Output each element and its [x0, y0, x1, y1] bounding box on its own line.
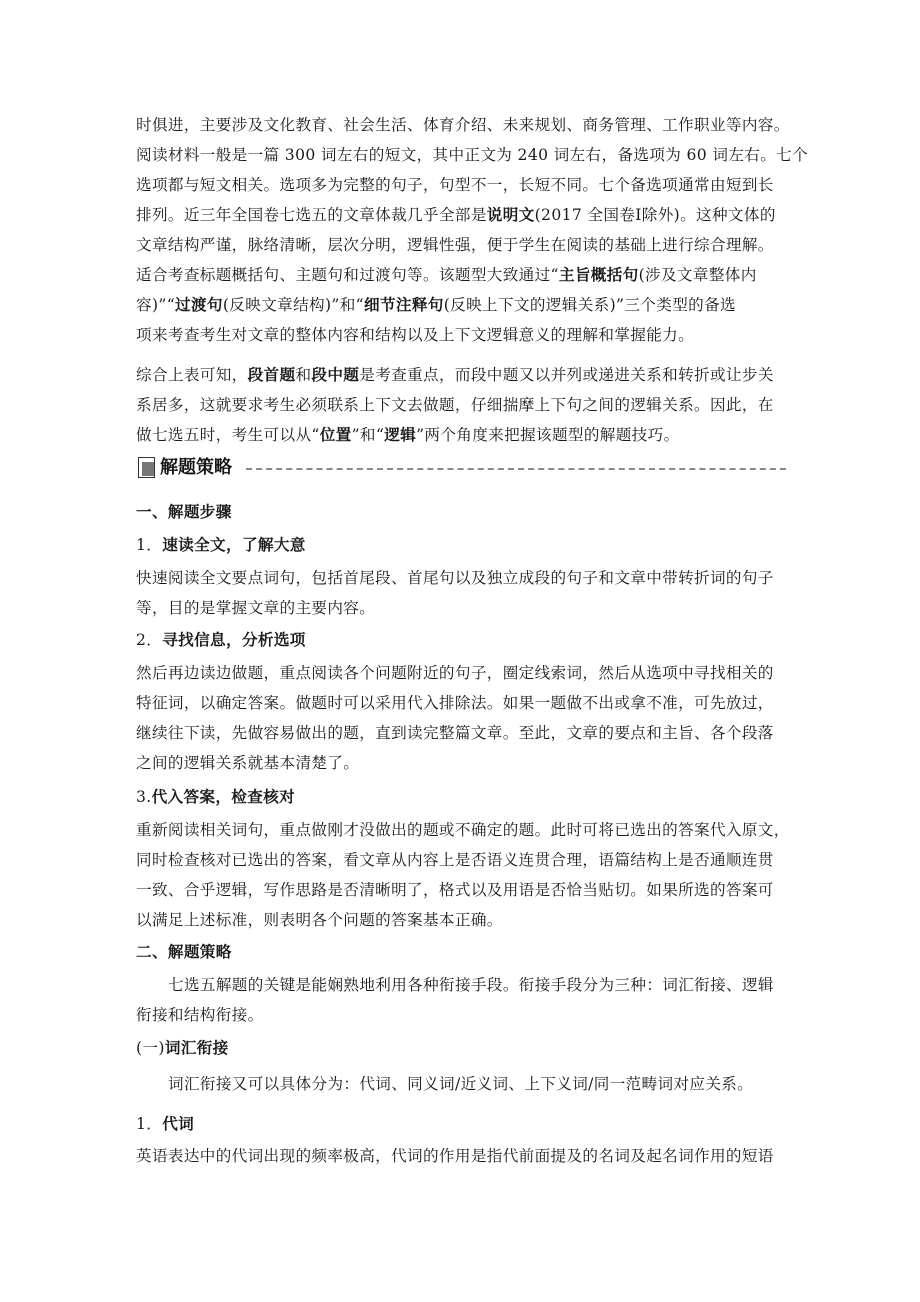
text: 适合考查标题概括句、主题句和过渡句等。该题型大致通过“	[136, 266, 559, 284]
section-header: 解题策略	[136, 456, 788, 482]
intro-line: 适合考查标题概括句、主题句和过渡句等。该题型大致通过“主旨概括句(涉及文章整体内	[136, 265, 788, 285]
item-number: 1．	[136, 1115, 162, 1133]
emphasis-term: 主旨概括句	[559, 266, 639, 284]
part-heading: 一、解题步骤	[136, 502, 788, 522]
text: (反映上下文的逻辑关系)”三个类型的备选	[444, 296, 736, 314]
body-line: 英语表达中的代词出现的频率极高，代词的作用是指代前面提及的名词及起名词作用的短语	[136, 1146, 788, 1166]
step-number: 3.	[136, 788, 152, 806]
body-line: 一致、合乎逻辑，写作思路是否清晰明了，格式以及用语是否恰当贴切。如果所选的答案可	[136, 880, 788, 900]
body-line: 词汇衔接又可以具体分为：代词、同义词/近义词、上下义词/同一范畴词对应关系。	[136, 1074, 820, 1094]
body-line: 等，目的是掌握文章的主要内容。	[136, 598, 788, 618]
body-line: 继续往下读，先做容易做出的题，直到读完整篇文章。至此，文章的要点和主旨、各个段落	[136, 723, 788, 743]
body-line: 衔接和结构衔接。	[136, 1005, 788, 1025]
step-number: 2．	[136, 631, 162, 649]
body-line: 七选五解题的关键是能娴熟地利用各种衔接手段。衔接手段分为三种：词汇衔接、逻辑	[136, 975, 820, 995]
text: 排列。近三年全国卷七选五的文章体裁几乎全部是	[136, 206, 487, 224]
step-title: 速读全文，了解大意	[162, 536, 306, 554]
part-heading: 二、解题策略	[136, 942, 788, 962]
intro-line: 做七选五时，考生可以从“位置”和“逻辑”两个角度来把握该题型的解题技巧。	[136, 425, 788, 445]
step-title: 代入答案，检查核对	[152, 788, 296, 806]
step-number: 1．	[136, 536, 162, 554]
subsection-heading: (一)词汇衔接	[136, 1038, 788, 1058]
item-title: 代词	[162, 1115, 194, 1133]
emphasis-term: 位置	[320, 426, 352, 444]
emphasis-term: 细节注释句	[364, 296, 444, 314]
text: 和	[295, 366, 311, 384]
intro-line: 文章结构严谨，脉络清晰，层次分明，逻辑性强，便于学生在阅读的基础上进行综合理解。	[136, 235, 788, 255]
document-block-icon	[138, 457, 155, 478]
step-title: 寻找信息，分析选项	[162, 631, 306, 649]
text: (2017 全国卷Ⅰ除外)。这种文体的	[535, 206, 776, 224]
text: 容)”“	[136, 296, 175, 314]
body-line: 快速阅读全文要点词句，包括首尾段、首尾句以及独立成段的句子和文章中带转折词的句子	[136, 568, 788, 588]
text: (涉及文章整体内	[639, 266, 757, 284]
section-title: 解题策略	[160, 456, 232, 480]
emphasis-term: 段首题	[248, 366, 296, 384]
intro-line: 项来考查考生对文章的整体内容和结构以及上下文逻辑意义的理解和掌握能力。	[136, 325, 788, 345]
item-heading: 1．代词	[136, 1114, 788, 1134]
body-line: 以满足上述标准，则表明各个问题的答案基本正确。	[136, 910, 788, 930]
emphasis-term: 逻辑	[384, 426, 416, 444]
text: 综合上表可知，	[136, 366, 248, 384]
intro-line: 综合上表可知，段首题和段中题是考查重点，而段中题又以并列或递进关系和转折或让步关	[136, 365, 788, 385]
step-heading: 3.代入答案，检查核对	[136, 787, 788, 807]
emphasis-term: 段中题	[311, 366, 359, 384]
text: 是考查重点，而段中题又以并列或递进关系和转折或让步关	[359, 366, 774, 384]
intro-line: 系居多，这就要求考生必须联系上下文去做题，仔细揣摩上下句之间的逻辑关系。因此，在	[136, 395, 788, 415]
intro-line: 排列。近三年全国卷七选五的文章体裁几乎全部是说明文(2017 全国卷Ⅰ除外)。这…	[136, 205, 788, 225]
text: ”和“	[352, 426, 385, 444]
intro-line: 容)”“过渡句(反映文章结构)”和“细节注释句(反映上下文的逻辑关系)”三个类型…	[136, 295, 788, 315]
body-line: 重新阅读相关词句，重点做刚才没做出的题或不确定的题。此时可将已选出的答案代入原文…	[136, 820, 788, 840]
dashed-divider	[246, 468, 786, 470]
intro-line: 时俱进，主要涉及文化教育、社会生活、体育介绍、未来规划、商务管理、工作职业等内容…	[136, 115, 788, 135]
text: 做七选五时，考生可以从“	[136, 426, 320, 444]
body-line: 同时检查核对已选出的答案，看文章从内容上是否语义连贯合理，语篇结构上是否通顺连贯	[136, 850, 788, 870]
emphasis-term: 说明文	[487, 206, 535, 224]
body-line: 然后再边读边做题，重点阅读各个问题附近的句子，圈定线索词，然后从选项中寻找相关的	[136, 663, 788, 683]
text: (反映文章结构)”和“	[223, 296, 364, 314]
body-line: 特征词，以确定答案。做题时可以采用代入排除法。如果一题做不出或拿不准，可先放过，	[136, 693, 788, 713]
step-heading: 2．寻找信息，分析选项	[136, 630, 788, 650]
step-heading: 1．速读全文，了解大意	[136, 535, 788, 555]
subsection-prefix: (一)	[136, 1039, 165, 1057]
text: ”两个角度来把握该题型的解题技巧。	[416, 426, 679, 444]
emphasis-term: 过渡句	[175, 296, 223, 314]
body-line: 之间的逻辑关系就基本清楚了。	[136, 753, 788, 773]
intro-line: 阅读材料一般是一篇 300 词左右的短文，其中正文为 240 词左右，备选项为 …	[136, 145, 788, 165]
subsection-title: 词汇衔接	[165, 1039, 229, 1057]
intro-line: 选项都与短文相关。选项多为完整的句子，句型不一，长短不同。七个备选项通常由短到长	[136, 175, 788, 195]
